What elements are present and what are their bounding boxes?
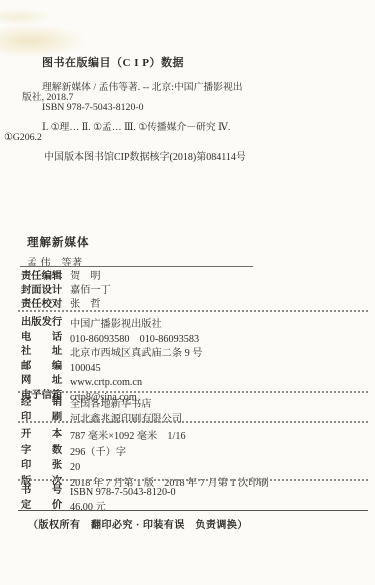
colophon-row: 定 价46.00 元: [21, 500, 176, 515]
row-value: 46.00 元: [70, 502, 106, 513]
row-label: 字 数: [21, 444, 67, 458]
row-label: 封面设计: [21, 284, 67, 298]
row-label: 开 本: [21, 428, 67, 442]
colophon-row: 邮 编100045: [21, 361, 202, 376]
book-copyright-page: 图书在版编目（C I P）数据 理解新媒体 / 孟伟等著. -- 北京:中国广播…: [0, 0, 375, 585]
row-value: www.crtp.com.cn: [70, 377, 142, 388]
row-label: 出版发行: [21, 317, 67, 330]
colophon-row: 字 数296（千）字: [21, 444, 269, 460]
cip-record-block: 理解新媒体 / 孟伟等著. -- 北京:中国广播影视出 版社, 2018.7 I…: [22, 83, 352, 143]
row-label: 印 张: [21, 459, 67, 473]
colophon-row: 印 张20: [21, 459, 269, 475]
cip-record-line-classification: Ⅰ. ①理… Ⅱ. ①孟… Ⅲ. ①传播媒介－研究 Ⅳ.: [22, 123, 352, 133]
row-value: 中国广播影视出版社: [70, 319, 162, 330]
colophon-row: 封面设计嘉佰一丁: [21, 284, 111, 298]
divider-dotted: [18, 310, 368, 312]
row-value: 296（千）字: [70, 447, 126, 458]
colophon-row: 印 刷河北鑫兆源印刷有限公司: [21, 412, 182, 427]
colophon-row: 经 销全国各地新华书店: [21, 397, 182, 412]
row-value: 010-86093580 010-86093583: [70, 334, 199, 345]
scan-smudge-artifact: [0, 8, 54, 26]
divider-dotted: [18, 479, 368, 481]
row-label: 邮 编: [21, 361, 67, 374]
row-label: 经 销: [21, 397, 67, 410]
copyright-notice: （版权所有 翻印必究 · 印装有误 负责调换）: [28, 516, 248, 531]
row-value: 100045: [70, 363, 101, 374]
colophon-row: 电 话010-86093580 010-86093583: [21, 332, 202, 347]
divider-dotted: [18, 391, 368, 393]
cip-header: 图书在版编目（C I P）数据: [42, 54, 184, 70]
divider-solid: [20, 266, 253, 267]
row-label: 书 号: [21, 485, 67, 498]
row-value: 河北鑫兆源印刷有限公司: [70, 414, 182, 425]
cip-registration-number: 中国版本图书馆CIP数据核字(2018)第084114号: [44, 148, 246, 163]
staff-credits-section: 责任编辑贺 明 封面设计嘉佰一丁 责任校对张 哲: [21, 270, 111, 312]
colophon-row: 书 号ISBN 978-7-5043-8120-0: [21, 485, 176, 500]
book-title: 理解新媒体: [27, 234, 90, 250]
row-value: 北京市西城区真武庙二条 9 号: [70, 348, 202, 359]
row-value: 嘉佰一丁: [70, 285, 111, 296]
colophon-row: 网 址www.crtp.com.cn: [21, 375, 202, 390]
colophon-row: 出版发行中国广播影视出版社: [21, 317, 202, 332]
row-value: 全国各地新华书店: [70, 399, 152, 410]
row-value: 张 哲: [70, 299, 101, 310]
row-value: 787 毫米×1092 毫米 1/16: [70, 431, 186, 442]
row-value: ISBN 978-7-5043-8120-0: [70, 487, 176, 498]
colophon-row: 社 址北京市西城区真武庙二条 9 号: [21, 346, 202, 361]
divider-dotted: [18, 421, 368, 423]
divider-solid: [18, 510, 368, 511]
row-value: 贺 明: [70, 271, 101, 282]
row-label: 社 址: [21, 346, 67, 359]
row-label: 网 址: [21, 375, 67, 388]
cip-record-line-isbn: ISBN 978-7-5043-8120-0: [22, 103, 352, 113]
row-value: 20: [70, 462, 80, 473]
row-label: 电 话: [21, 332, 67, 345]
scan-smudge-artifact: [0, 24, 87, 58]
colophon-row: 开 本787 毫米×1092 毫米 1/16: [21, 428, 269, 444]
row-label: 责任编辑: [21, 270, 67, 284]
colophon-row: 责任编辑贺 明: [21, 270, 111, 284]
cip-record-line-classification: ①G206.2: [4, 133, 352, 143]
